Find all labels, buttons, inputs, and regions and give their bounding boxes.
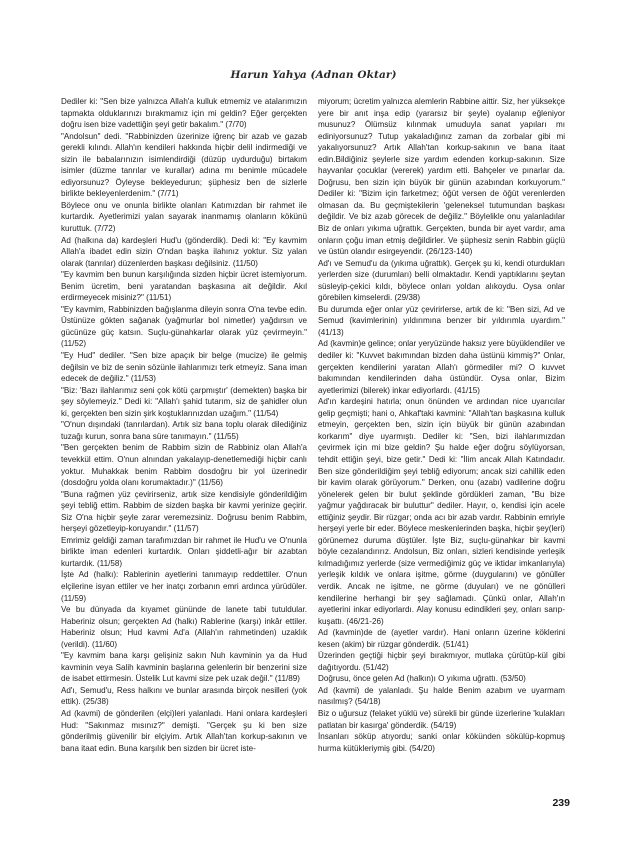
paragraph: "Biz: 'Bazı ilahlarımız seni çok kötü ça… bbox=[61, 385, 307, 420]
paragraph: İşte Ad (halkı): Rablerinin ayetlerini t… bbox=[61, 569, 307, 604]
paragraph: Biz o uğursuz (felaket yüklü ve) sürekli… bbox=[318, 708, 565, 731]
running-header-author: Harun Yahya (Adnan Oktar) bbox=[0, 69, 627, 81]
paragraph: Üzerinden geçtiği hiçbir şeyi bırakmıyor… bbox=[318, 650, 565, 673]
right-text-column: miyorum; ücretim yalnızca alemlerin Rabb… bbox=[318, 96, 565, 754]
paragraph: Ad'ın kardeşini hatırla; onun önünden ve… bbox=[318, 396, 565, 627]
paragraph: Dediler ki: "Sen bize yalnızca Allah'a k… bbox=[61, 96, 307, 131]
paragraph: "Buna rağmen yüz çevirirseniz, artık siz… bbox=[61, 489, 307, 535]
paragraph: "O'nun dışındaki (tanrılardan). Artık si… bbox=[61, 419, 307, 442]
paragraph: Doğrusu, önce gelen Ad (halkın)ı O yıkım… bbox=[318, 673, 565, 685]
page-number: 239 bbox=[540, 797, 570, 809]
paragraph: "Andolsun" dedi. "Rabbinizden üzerinize … bbox=[61, 131, 307, 200]
paragraph: "Ey Hud" dediler. "Sen bize apaçık bir b… bbox=[61, 350, 307, 385]
paragraph: "Ey kavmim, Rabbinizden bağışlanma diley… bbox=[61, 304, 307, 350]
paragraph: Ad (halkına da) kardeşleri Hud'u (gönder… bbox=[61, 235, 307, 270]
paragraph: Emrimiz geldiği zaman tarafımızdan bir r… bbox=[61, 535, 307, 570]
paragraph: İnsanları söküp atıyordu; sanki onlar kö… bbox=[318, 731, 565, 754]
paragraph: Bu durumda eğer onlar yüz çevirirlerse, … bbox=[318, 304, 565, 339]
paragraph: "Ben gerçekten benim de Rabbim sizin de … bbox=[61, 442, 307, 488]
paragraph: "Ey kavmim bana karşı gelişiniz sakın Nu… bbox=[61, 650, 307, 685]
paragraph: Ad (kavmin)de de (ayetler vardır). Hani … bbox=[318, 627, 565, 650]
paragraph: Ad (kavmi) de yalanladı. Şu halde Benim … bbox=[318, 685, 565, 708]
paragraph: Ve bu dünyada da kıyamet gününde de lane… bbox=[61, 604, 307, 650]
left-text-column: Dediler ki: "Sen bize yalnızca Allah'a k… bbox=[61, 96, 307, 754]
paragraph: Böylece onu ve onunla birlikte olanları … bbox=[61, 200, 307, 235]
paragraph: Ad (kavmin)e gelince; onlar yeryüzünde h… bbox=[318, 338, 565, 396]
paragraph: Ad'ı ve Semud'u da (yıkıma uğrattık). Ge… bbox=[318, 258, 565, 304]
paragraph: Ad'ı, Semud'u, Ress halkını ve bunlar ar… bbox=[61, 685, 307, 708]
paragraph: Ad (kavmi) de gönderilen (elçi)leri yala… bbox=[61, 708, 307, 754]
paragraph: miyorum; ücretim yalnızca alemlerin Rabb… bbox=[318, 96, 565, 258]
paragraph: "Ey kavmim ben bunun karşılığında sizden… bbox=[61, 269, 307, 304]
